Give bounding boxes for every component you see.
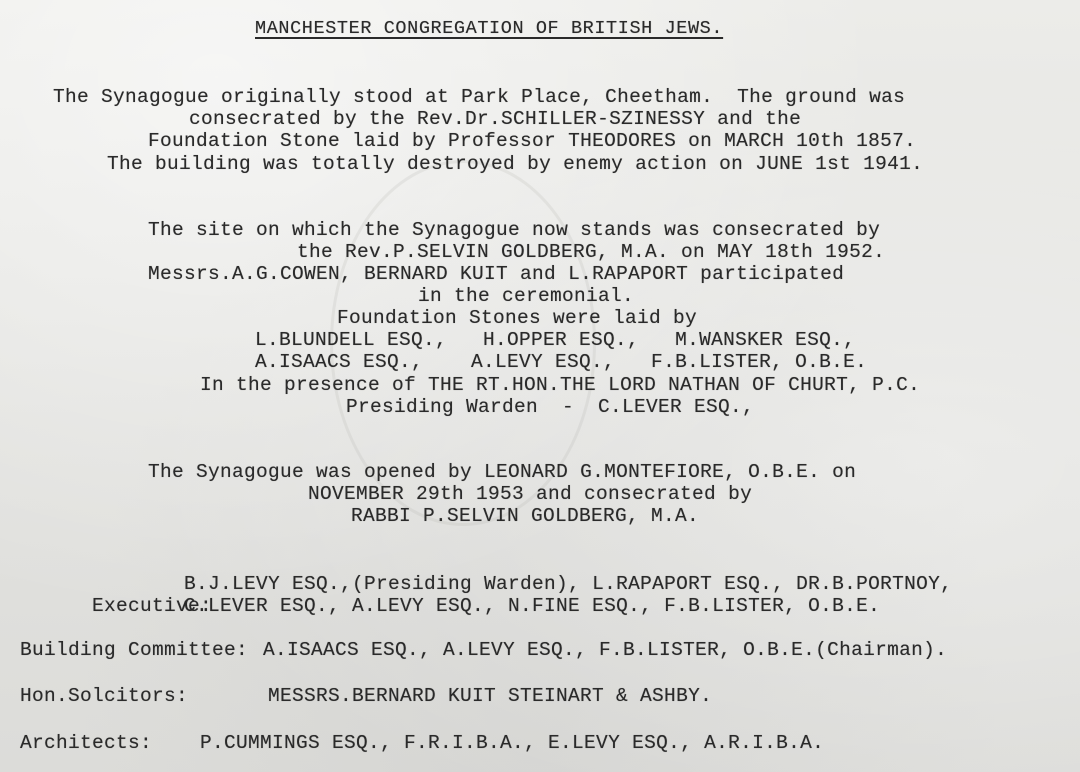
site-line: the Rev.P.SELVIN GOLDBERG, M.A. on MAY 1… [297, 241, 885, 263]
presiding-warden: Presiding Warden - C.LEVER ESQ., [346, 396, 754, 418]
foundation-stone-layers: L.BLUNDELL ESQ., H.OPPER ESQ., M.WANSKER… [255, 329, 855, 351]
executive-members: B.J.LEVY ESQ.,(Presiding Warden), L.RAPA… [184, 573, 952, 595]
executive-members: C.LEVER ESQ., A.LEVY ESQ., N.FINE ESQ., … [184, 595, 880, 617]
history-line: Foundation Stone laid by Professor THEOD… [148, 130, 916, 152]
history-line: The building was totally destroyed by en… [107, 153, 923, 175]
document-title: MANCHESTER CONGREGATION OF BRITISH JEWS. [255, 18, 723, 40]
solicitors-label: Hon.Solcitors: [20, 685, 188, 707]
site-line: The site on which the Synagogue now stan… [148, 219, 880, 241]
site-line: Messrs.A.G.COWEN, BERNARD KUIT and L.RAP… [148, 263, 844, 285]
site-line: in the ceremonial. [418, 285, 634, 307]
history-line: The Synagogue originally stood at Park P… [53, 86, 905, 108]
architects-value: P.CUMMINGS ESQ., F.R.I.B.A., E.LEVY ESQ.… [200, 732, 824, 754]
opening-line: The Synagogue was opened by LEONARD G.MO… [148, 461, 856, 483]
building-committee-members: A.ISAACS ESQ., A.LEVY ESQ., F.B.LISTER, … [263, 639, 947, 661]
opening-line: RABBI P.SELVIN GOLDBERG, M.A. [351, 505, 699, 527]
site-line: Foundation Stones were laid by [337, 307, 697, 329]
solicitors-value: MESSRS.BERNARD KUIT STEINART & ASHBY. [268, 685, 712, 707]
site-line: In the presence of THE RT.HON.THE LORD N… [200, 374, 920, 396]
building-committee-label: Building Committee: [20, 639, 248, 661]
foundation-stone-layers: A.ISAACS ESQ., A.LEVY ESQ., F.B.LISTER, … [255, 351, 867, 373]
history-line: consecrated by the Rev.Dr.SCHILLER-SZINE… [189, 108, 801, 130]
architects-label: Architects: [20, 732, 152, 754]
opening-line: NOVEMBER 29th 1953 and consecrated by [308, 483, 752, 505]
